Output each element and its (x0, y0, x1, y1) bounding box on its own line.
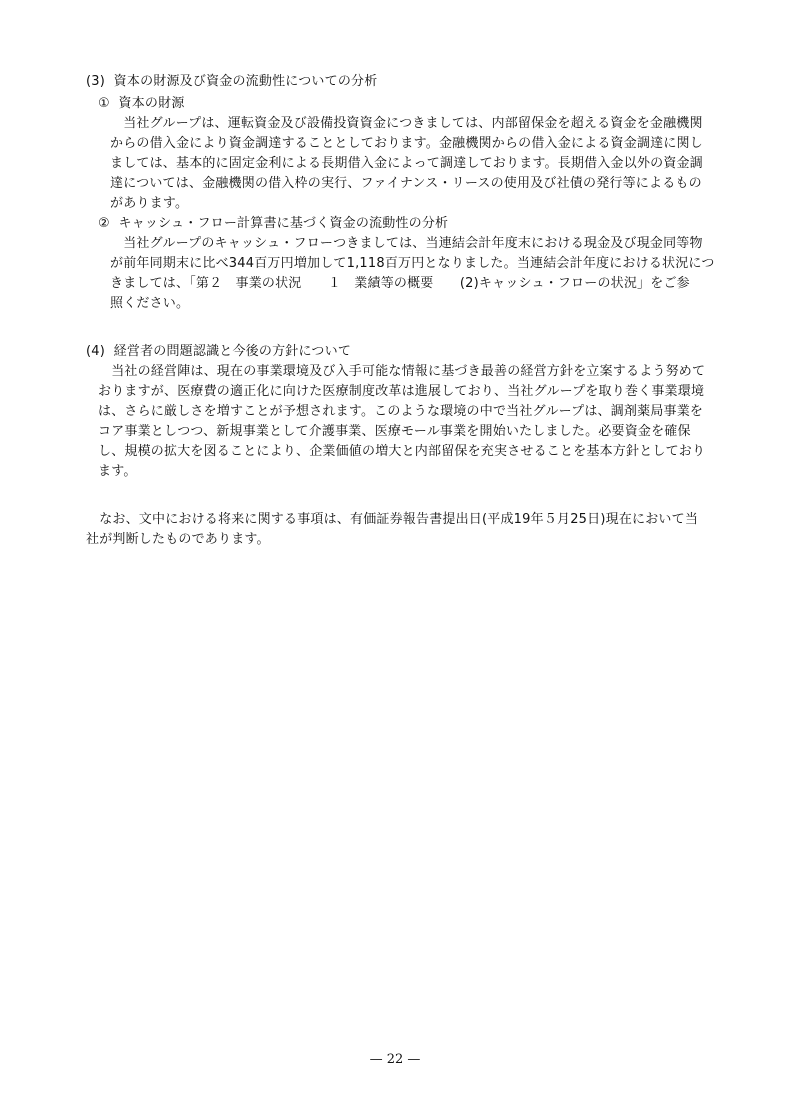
section-4-line: は、さらに厳しさを増すことが予想されます。このような環境の中で当社グループは、調… (98, 402, 703, 422)
section-4-line: コア事業としつつ、新規事業として介護事業、医療モール事業を開始いたしました。必要… (98, 422, 691, 442)
section-4-heading: (4) 経営者の問題認識と今後の方針について (86, 342, 351, 362)
section-4-line: おりますが、医療費の適正化に向けた医療制度改革は進展しており、当社グループを取り… (98, 382, 704, 402)
page-number: — 22 — (0, 1052, 790, 1067)
section-4-line: し、規模の拡大を図ることにより、企業価値の増大と内部留保を充実させることを基本方… (98, 442, 705, 462)
document-page: (3) 資本の財源及び資金の流動性についての分析 ① 資本の財源 当社グループは… (0, 0, 790, 1118)
subsection-1-line: があります。 (110, 194, 188, 214)
subsection-1-heading: ① 資本の財源 (98, 94, 185, 114)
subsection-1-line: 当社グループは、運転資金及び設備投資資金につきましては、内部留保金を超える資金を… (110, 114, 703, 134)
subsection-1-line: からの借入金により資金調達することとしております。金融機関からの借入金による資金… (110, 134, 703, 154)
subsection-2-line: 照ください。 (110, 294, 189, 314)
section-4-line: 当社の経営陣は、現在の事業環境及び入手可能な情報に基づき最善の経営方針を立案する… (98, 362, 705, 382)
section-4-line: ます。 (98, 462, 137, 482)
subsection-1-line: ましては、基本的に固定金利による長期借入金によって調達しております。長期借入金以… (110, 154, 703, 174)
subsection-2-line: きましては、「第２ 事業の状況 １ 業績等の概要 (2)キャッシュ・フローの状況… (110, 274, 690, 294)
section-3-heading: (3) 資本の財源及び資金の流動性についての分析 (86, 72, 377, 92)
subsection-2-heading: ② キャッシュ・フロー計算書に基づく資金の流動性の分析 (98, 214, 448, 234)
closing-line: 社が判断したものであります。 (86, 530, 270, 550)
subsection-2-line: 当社グループのキャッシュ・フローつきましては、当連結会計年度末における現金及び現… (110, 234, 703, 254)
subsection-1-line: 達については、金融機関の借入枠の実行、ファイナンス・リースの使用及び社債の発行等… (110, 174, 702, 194)
closing-line: なお、文中における将来に関する事項は、有価証券報告書提出日(平成19年５月25日… (86, 510, 698, 530)
subsection-2-line: が前年同期末に比べ344百万円増加して1,118百万円となりました。当連結会計年… (110, 254, 715, 274)
